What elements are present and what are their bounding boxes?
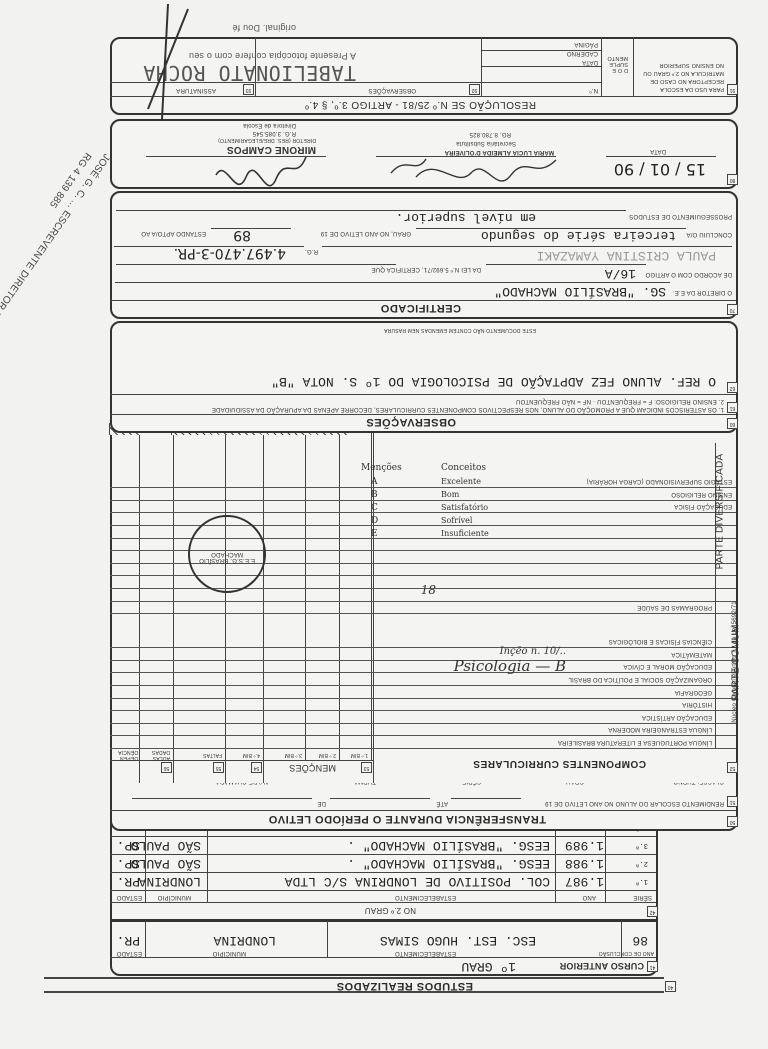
subject-label: CIÊNCIAS FÍSICAS E BIOLÓGICAS [609, 638, 713, 644]
legend-header: Conceitos [441, 463, 486, 473]
legend-code: D [371, 516, 378, 526]
section-number: 70 [727, 304, 738, 315]
resolucao-text: RESOLUÇÃO SE N.º 25/81 - ARTIGO 3.º, § 4… [305, 99, 536, 110]
section-number: 91 [727, 84, 738, 95]
certificado-box: 70 CERTIFICADO O DIRETOR DA E.E. SG. "BR… [110, 191, 738, 319]
serie-header: SÉRIE [633, 894, 652, 900]
subject-label: LÍNGUA PORTUGUESA E LITERATURA BRASILEIR… [558, 739, 712, 745]
observacao-note-2: 2. ENSINO RELIGIOSO: F = FREQUENTOU · NF… [516, 398, 724, 404]
field-line [116, 264, 396, 265]
subject-label: ORGANIZAÇÃO SOCIAL E POLÍTICA DO BRASIL [568, 676, 712, 682]
section-title-certificado: CERTIFICADO [380, 302, 461, 314]
diretor-signature [176, 153, 316, 187]
subject-row: LÍNGUA PORTUGUESA E LITERATURA BRASILEIR… [110, 735, 736, 749]
handwritten-psicologia: Psicologia — B [454, 657, 566, 675]
section-title-componentes: COMPONENTES CURRICULARES [473, 758, 646, 769]
ano-letivo-value: 89 [233, 227, 251, 243]
artigo-label: DE ACORDO COM O ARTIGO [645, 271, 732, 277]
segundo-grau-label: NO 2.º GRAU [365, 906, 416, 915]
diretor-role: Diretora de Escola [243, 122, 296, 128]
parte-diversificada-label: PARTE DIVERSIFICADA [715, 454, 726, 570]
field-line[interactable] [132, 798, 312, 799]
ano-cell: 1.987 [565, 874, 604, 889]
n-label: N.º [589, 87, 598, 93]
col-header-dependencia: DEPEN DÊNCIA [112, 749, 138, 761]
municipio-cell: SÃO PAULO [131, 838, 201, 853]
pen-stroke [88, 0, 208, 129]
legend-meaning: Sofrível [441, 516, 472, 525]
divider [482, 50, 602, 51]
observacao-note-1: 1. OS ASTERISCOS INDICAM QUE A PROMOÇÃO … [212, 406, 724, 412]
subject-label: HISTÓRIA [682, 701, 712, 707]
subject-label: PROGRAMAS DE SAÚDE [637, 604, 712, 610]
fotocopia-stamp-line1: A Presente fotocópia confere com o seu [189, 51, 356, 61]
ano-cell: 1.989 [565, 838, 604, 853]
componentes-box: 52 COMPONENTES CURRICULARES 53 MENÇÕES 5… [110, 419, 738, 783]
divider [481, 37, 482, 97]
pagina-label: PÁGINA [574, 41, 598, 47]
section-number: 53 [361, 762, 372, 773]
col-header-faltas: FALTAS [203, 752, 222, 758]
divider [482, 82, 602, 83]
divider [110, 394, 736, 395]
estabelecimento-value: ESC. EST. HUGO SIMAS [380, 933, 536, 948]
secretaria-signature [366, 157, 566, 185]
data-label: DATA [582, 59, 598, 65]
divider [110, 414, 736, 415]
section-number: 55 [213, 762, 224, 773]
serie-cell: 1.ª [635, 877, 648, 885]
field-line [606, 156, 716, 157]
field-line[interactable] [330, 798, 430, 799]
concluiu-label: CONCLUIU O/A [686, 231, 732, 237]
estado-cell: SP. [117, 838, 140, 853]
divider [715, 579, 716, 749]
observacao-typed: O REF. ALUNO FEZ ADPTAÇÃO DE PSICOLOGIA … [271, 374, 716, 389]
field-line [416, 228, 686, 229]
estabelecimento-cell: COL. POSITIVO DE LONDRINA S/C LTDA [285, 874, 550, 889]
subject-label: LÍNGUA ESTRANGEIRA MODERNA [608, 726, 712, 732]
fotocopia-stamp-line2: original. Dou fé [232, 23, 296, 33]
field-line[interactable] [451, 798, 521, 799]
parte-comum-sublabel: Núcleo Comum e Artigo 7.º da Lei 5692/71 [732, 601, 738, 723]
subject-row: EDUCAÇÃO ARTÍSTICA [110, 710, 736, 724]
subject-label: ESTÁGIO SUPERVISIONADO (CARGA HORÁRIA) [586, 478, 732, 484]
de-label: DE [317, 800, 326, 806]
ano-conclusao-header: ANO DE CONCLUSÃO [599, 950, 654, 956]
ano-cell: 1.988 [565, 856, 604, 871]
subject-row: MATEMÁTICA [110, 647, 736, 661]
diretor-label: O DIRETOR DA E.E. [673, 289, 732, 295]
col-header-aulas: AULAS DADAS [140, 749, 170, 761]
col-header-1bim: 1.º BIM [350, 752, 368, 758]
legend-code: C [371, 503, 378, 513]
municipio-value: LONDRINA [214, 933, 276, 948]
curso-anterior-value: 1º GRAU [461, 959, 516, 974]
legend-meaning: Bom [441, 490, 459, 499]
divider [327, 920, 328, 958]
estabelecimento-header: ESTABELECIMENTO [395, 894, 456, 900]
ate-label: ATÉ [436, 800, 448, 806]
doe-suplemento-label: D O E SUPLE MENTO [606, 55, 628, 73]
col-header-2bim: 2.º BIM [318, 752, 336, 758]
estado-header: ESTADO [117, 894, 142, 900]
serie-cell: 3.ª [635, 841, 648, 849]
data-value: 15 / 01 / 90 [614, 160, 706, 179]
rendimento-label: RENDIMENTO ESCOLAR DO ALUNO NO ANO LETIV… [545, 800, 724, 806]
legend-meaning: Satisfatório [441, 503, 488, 512]
divider [110, 854, 656, 855]
section-number: 50 [727, 816, 738, 827]
subject-row: EDUCAÇÃO MORAL E CÍVICA [110, 660, 736, 674]
diretor-value: SG. "BRASÍLIO MACHADO" [494, 284, 666, 299]
serie-cell: 2.ª [635, 859, 648, 867]
divider [110, 872, 656, 873]
subject-label: MATEMÁTICA [671, 651, 712, 657]
prosseguimento-label: PROSSEGUIMENTO DE ESTUDOS [629, 213, 732, 219]
legend-meaning: Excelente [441, 477, 481, 486]
section-number: 56 [161, 762, 172, 773]
legend-code: A [371, 477, 378, 487]
mencoes-label: MENÇÕES [289, 763, 336, 773]
section-number: 92 [469, 84, 480, 95]
divider [482, 66, 602, 67]
estabelecimento-cell: EESG. "BRASÍLIO MACHADO" . [347, 838, 550, 853]
section-number: 42 [647, 906, 658, 917]
subject-row: HISTÓRIA [110, 698, 736, 712]
secretaria-rg: RG. 8.780.825 [469, 131, 511, 137]
observacoes-box: 60 OBSERVAÇÕES 61 1. OS ASTERISCOS INDIC… [110, 321, 738, 433]
observacoes-label: OBSERVAÇÕES [368, 87, 416, 93]
field-line [115, 282, 670, 283]
divider [633, 37, 634, 97]
municipio-cell: LONDRINA [139, 874, 201, 889]
diretor-title: DIRETOR (RES. DRE/ELEGARIMENTO) [218, 137, 316, 143]
grau-ano-label: GRAU, NO ANO LETIVO DE 19 [321, 230, 411, 236]
apto-label: ESTANDO APTO/A AO [141, 230, 206, 236]
rg-label: R.G. [305, 248, 318, 254]
divider [44, 977, 664, 979]
concluiu-value: terceira série do segundo [481, 228, 676, 243]
section-number: 60 [727, 418, 738, 429]
field-line [322, 246, 732, 247]
no-erasures-note: ESTE DOCUMENTO NÃO CONTÉM EMENDAS NEM RA… [384, 327, 536, 333]
section-number: 62 [727, 382, 738, 393]
field-line [114, 246, 304, 247]
subject-label: EDUCAÇÃO MORAL E CÍVICA [623, 663, 712, 669]
section-number: 51 [727, 796, 738, 807]
legend-title: Menções [361, 463, 402, 473]
municipio-cell: SÃO PAULO [131, 856, 201, 871]
section-number: 93 [243, 84, 254, 95]
mencoes-legend: Menções Conceitos A Excelente B Bom C Sa… [361, 463, 501, 583]
uso-escola-label: PARA USO DA ESCOLA RECEPTORA NO CASO DE … [636, 61, 724, 93]
rg-value: 4.497.470-3-PR. [174, 245, 286, 261]
diretor-rg: R.G. 3.085.545 [253, 130, 297, 136]
school-stamp: E.E.S.G. BRASÍLIO MACHADO [188, 515, 266, 593]
school-transcript-sheet: 40 ESTUDOS REALIZADOS 41 CURSO ANTERIOR … [0, 0, 768, 1049]
section-number: 54 [251, 762, 262, 773]
section-number: 40 [665, 981, 676, 992]
municipio-header: MUNICÍPIO [213, 950, 246, 956]
municipio-header: MUNICÍPIO [158, 894, 191, 900]
secretaria-name: MARIA LÚCIA ALMEIDA D'OLIVEIRA [444, 149, 554, 155]
divider [110, 300, 736, 301]
curso-anterior-label: CURSO ANTERIOR [560, 961, 644, 971]
diretor-name: MIRONE CAMPOS [227, 144, 316, 155]
estado-value: PR. [117, 933, 140, 948]
estado-cell: SP. [117, 856, 140, 871]
col-header-3bim: 3.º BIM [284, 752, 302, 758]
estado-cell: PR. [117, 874, 140, 889]
legend-code: B [371, 490, 378, 500]
aluno-nome-value: PAULA CRISTINA YAMAZAKI [537, 248, 716, 263]
assinaturas-box: 80 15 / 01 / 90 DATA MARIA LÚCIA ALMEIDA… [110, 119, 738, 189]
section-title-transferencia: TRANSFERÊNCIA DURANTE O PERÍODO LETIVO [268, 813, 546, 825]
field-line [146, 156, 326, 157]
section-title-observacoes: OBSERVAÇÕES [366, 416, 456, 428]
divider [621, 920, 622, 958]
col-header-4bim: 4.º BIM [242, 752, 260, 758]
curso-anterior-box: 41 CURSO ANTERIOR 1º GRAU ANO DE CONCLUS… [110, 920, 658, 976]
secretaria-role: Secretária Substituta [456, 140, 516, 146]
field-line [376, 156, 556, 157]
field-line [211, 228, 291, 229]
section-number: 52 [727, 762, 738, 773]
prosseguimento-value: em nível superior. [396, 210, 536, 225]
section-number: 80 [727, 174, 738, 185]
divider [110, 890, 656, 891]
ano-header: ANO [582, 894, 596, 900]
ano-conclusao-value: 86 [632, 933, 648, 948]
divider [601, 37, 602, 97]
subject-label: EDUCAÇÃO ARTÍSTICA [642, 714, 712, 720]
artigo-value: 16/A [605, 266, 636, 281]
estado-header: ESTADO [117, 950, 142, 956]
divider [110, 810, 736, 811]
divider [110, 836, 656, 837]
subject-row: PROGRAMAS DE SAÚDE [110, 601, 736, 615]
data-label: DATA [650, 148, 666, 154]
subject-row: CIÊNCIAS FÍSICAS E BIOLÓGICAS [110, 613, 736, 648]
field-line [116, 210, 626, 211]
section-title-estudos: ESTUDOS REALIZADOS [336, 980, 473, 992]
subject-label: GEOGRAFIA [675, 689, 712, 695]
divider [145, 920, 146, 958]
subject-row: ORGANIZAÇÃO SOCIAL E POLÍTICA DO BRASIL [110, 672, 736, 686]
lei-label: DA LEI N.º 5.692/71, CERTIFICA QUE [371, 266, 481, 272]
handwritten-historia: Inçêo n. 10/.. [500, 646, 566, 657]
section-number: 41 [647, 961, 658, 972]
handwritten-fisica: 18 [421, 583, 436, 597]
diretor-stamp-text: JOSÉ G. C. ... Escrevente Diretor de ... [0, 151, 112, 335]
estabelecimento-header: ESTABELECIMENTO [395, 950, 456, 956]
divider [110, 957, 656, 958]
field-line [486, 264, 646, 265]
stamp-text: E.E.S.G. BRASÍLIO MACHADO [198, 551, 256, 563]
subject-row: GEOGRAFIA [110, 685, 736, 699]
divider [110, 902, 656, 903]
estabelecimento-cell: EESG. "BRASÍLIO MACHADO" . [347, 856, 550, 871]
subject-row: LÍNGUA ESTRANGEIRA MODERNA [110, 723, 736, 737]
section-number: 61 [727, 402, 738, 413]
legend-meaning: Insuficiente [441, 529, 489, 538]
legend-code: E [371, 529, 378, 539]
